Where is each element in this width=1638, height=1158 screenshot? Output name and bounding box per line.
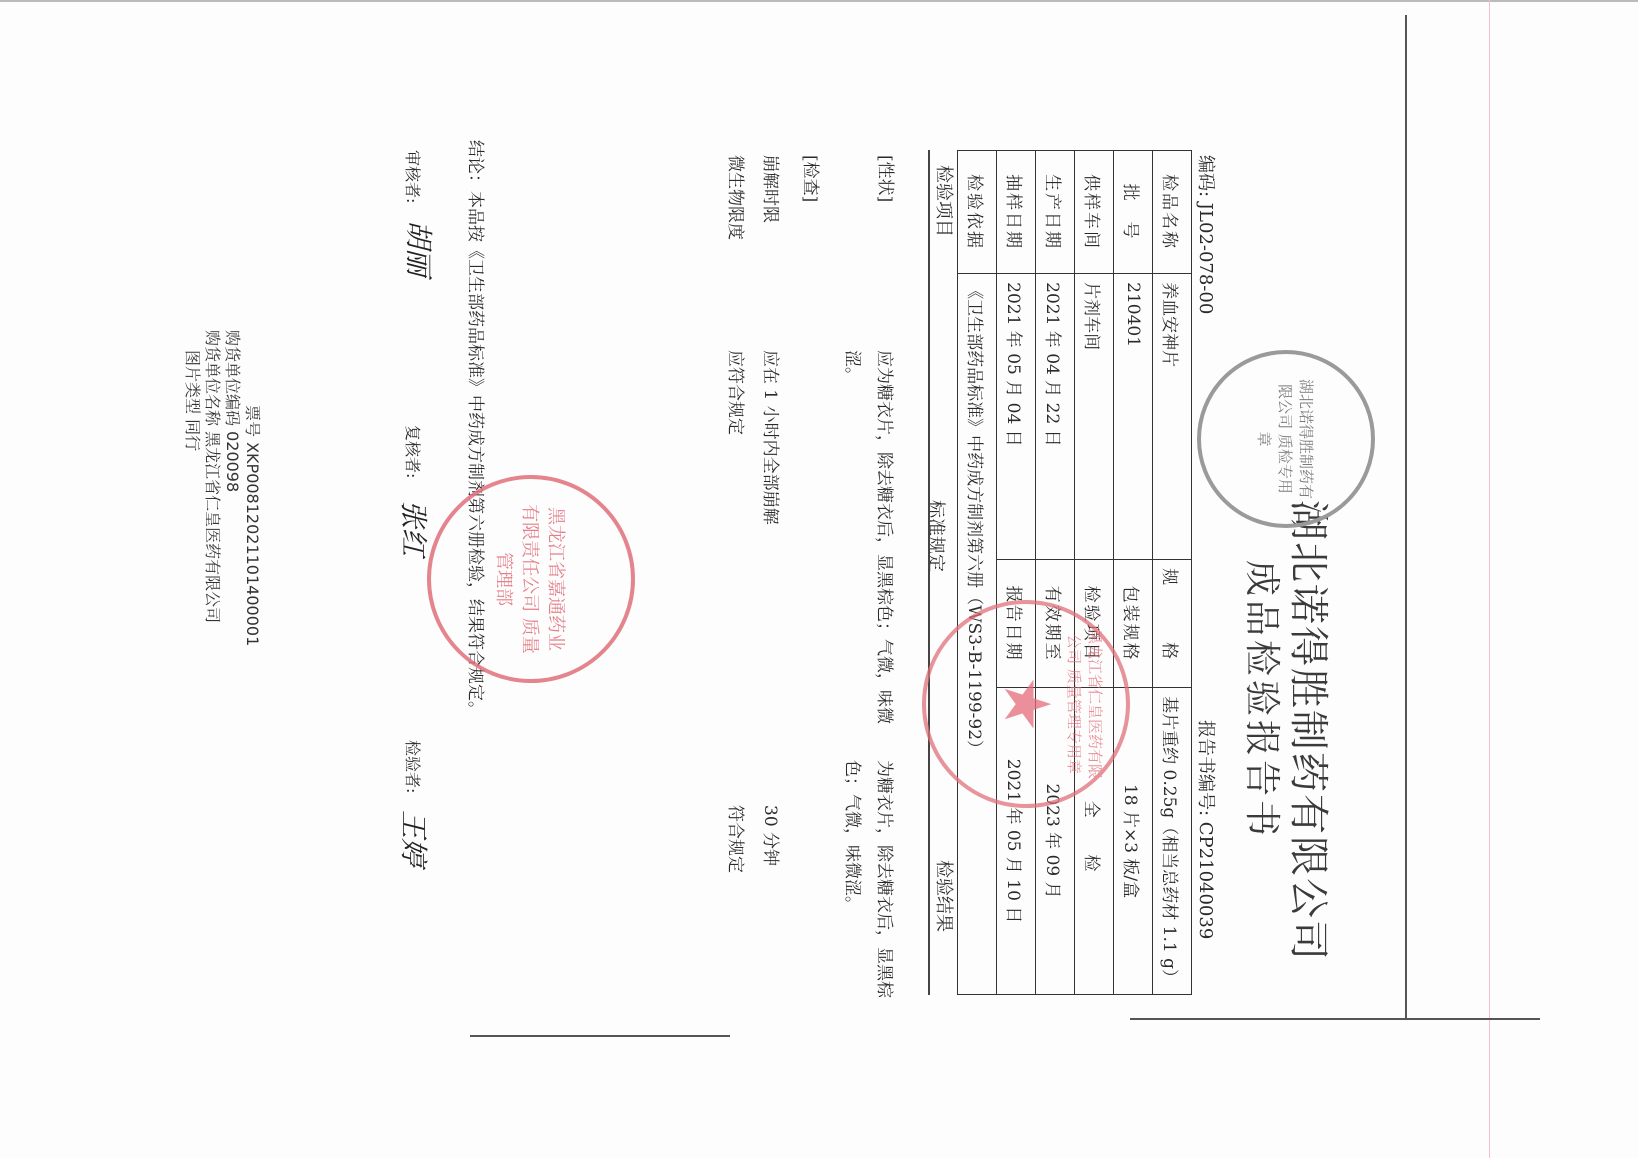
checker-signature: 张红 bbox=[395, 500, 435, 556]
standard-microbial: 应符合规定 bbox=[725, 350, 750, 435]
table-row: 检品名称 养血安神片 规 格 基片重约 0.25g（相当总药材 1.1 g） bbox=[1153, 151, 1192, 995]
table-row: 批 号 210401 包装规格 18 片×3 板/盒 bbox=[1114, 151, 1153, 995]
product-info-table: 检品名称 养血安神片 规 格 基片重约 0.25g（相当总药材 1.1 g） 批… bbox=[957, 150, 1192, 995]
scan-edge bbox=[0, 0, 1638, 2]
seller-qc-stamp: ★ 黑龙江省仁皇医药有限公司 质量管理专用章 bbox=[922, 600, 1130, 808]
sampling-date: 2021 年 05 月 04 日 bbox=[997, 274, 1036, 560]
ticket-number: 票号 XKP00812021101400001 bbox=[242, 405, 265, 646]
item-microbial: 微生物限度 bbox=[725, 155, 750, 240]
table-row: 生产日期 2021 年 04 月 22 日 有效期至 2023 年 09 月 bbox=[1036, 151, 1075, 995]
spec: 基片重约 0.25g（相当总药材 1.1 g） bbox=[1153, 688, 1192, 995]
result-microbial: 符合规定 bbox=[725, 805, 750, 873]
column-divider bbox=[929, 150, 931, 995]
company-name: 湖北诺得胜制药有限公司 bbox=[1283, 500, 1340, 962]
col-result: 检验结果 bbox=[932, 860, 958, 932]
table-row: 检验依据 《卫生部药品标准》中药成方制剂第六册（WS3-B-1199-92） bbox=[958, 151, 997, 995]
workshop: 片剂车间 bbox=[1075, 274, 1114, 560]
image-type: 图片类型 同行 bbox=[182, 350, 205, 451]
star-icon: ★ bbox=[994, 675, 1058, 732]
inspector-signature: 王婷 bbox=[395, 810, 435, 866]
right-border-line bbox=[1405, 15, 1407, 1020]
margin-line bbox=[1489, 0, 1490, 1158]
buyer-code: 购货单位编码 020098 bbox=[222, 330, 245, 492]
product-name: 养血安神片 bbox=[1153, 274, 1192, 560]
standard-disintegration: 应在 1 小时内全部崩解 bbox=[760, 350, 785, 525]
section-header: [性状] bbox=[875, 155, 900, 202]
table-row: 抽样日期 2021 年 05 月 04 日 报告日期 2021 年 05 月 1… bbox=[997, 151, 1036, 995]
report-number: 报告书编号: CP21040039 bbox=[1194, 720, 1220, 939]
item-disintegration: 崩解时限 bbox=[760, 155, 785, 223]
doc-code: 编码: JL02-078-00 bbox=[1194, 155, 1220, 314]
reviewer-signature: 胡丽 bbox=[400, 220, 440, 276]
company-qc-stamp: 湖北诺得胜制药有限公司 质检专用章 bbox=[1197, 350, 1375, 528]
checker-label: 复核者: bbox=[402, 425, 425, 478]
inspector-label: 检验者: bbox=[402, 740, 425, 793]
buyer-name: 购货单位名称 黑龙江省仁皇医药有限公司 bbox=[202, 330, 225, 623]
production-date: 2021 年 04 月 22 日 bbox=[1036, 274, 1075, 560]
standard-appearance: 应为糖衣片，除去糖衣后，显黑棕色；气微，味微涩。 bbox=[836, 350, 900, 740]
batch-number: 210401 bbox=[1114, 274, 1153, 560]
inspection-report: 湖北诺得胜制药有限公司 成品检验报告书 湖北诺得胜制药有限公司 质检专用章 编码… bbox=[140, 60, 1360, 1060]
result-appearance: 为糖衣片，除去糖衣后，显黑棕色；气微，味微涩。 bbox=[836, 760, 900, 1020]
col-item: 检验项目 bbox=[932, 165, 958, 237]
buyer-qc-stamp: 黑龙江省嘉通药业有限责任公司 质量管理部 bbox=[427, 475, 635, 683]
result-disintegration: 30 分钟 bbox=[760, 805, 785, 866]
report-title: 成品检验报告书 bbox=[1239, 560, 1290, 840]
section-header: [检查] bbox=[800, 155, 825, 202]
table-row: 供样车间 片剂车间 检验项目 全 检 bbox=[1075, 151, 1114, 995]
reviewer-label: 审核者: bbox=[402, 150, 425, 203]
